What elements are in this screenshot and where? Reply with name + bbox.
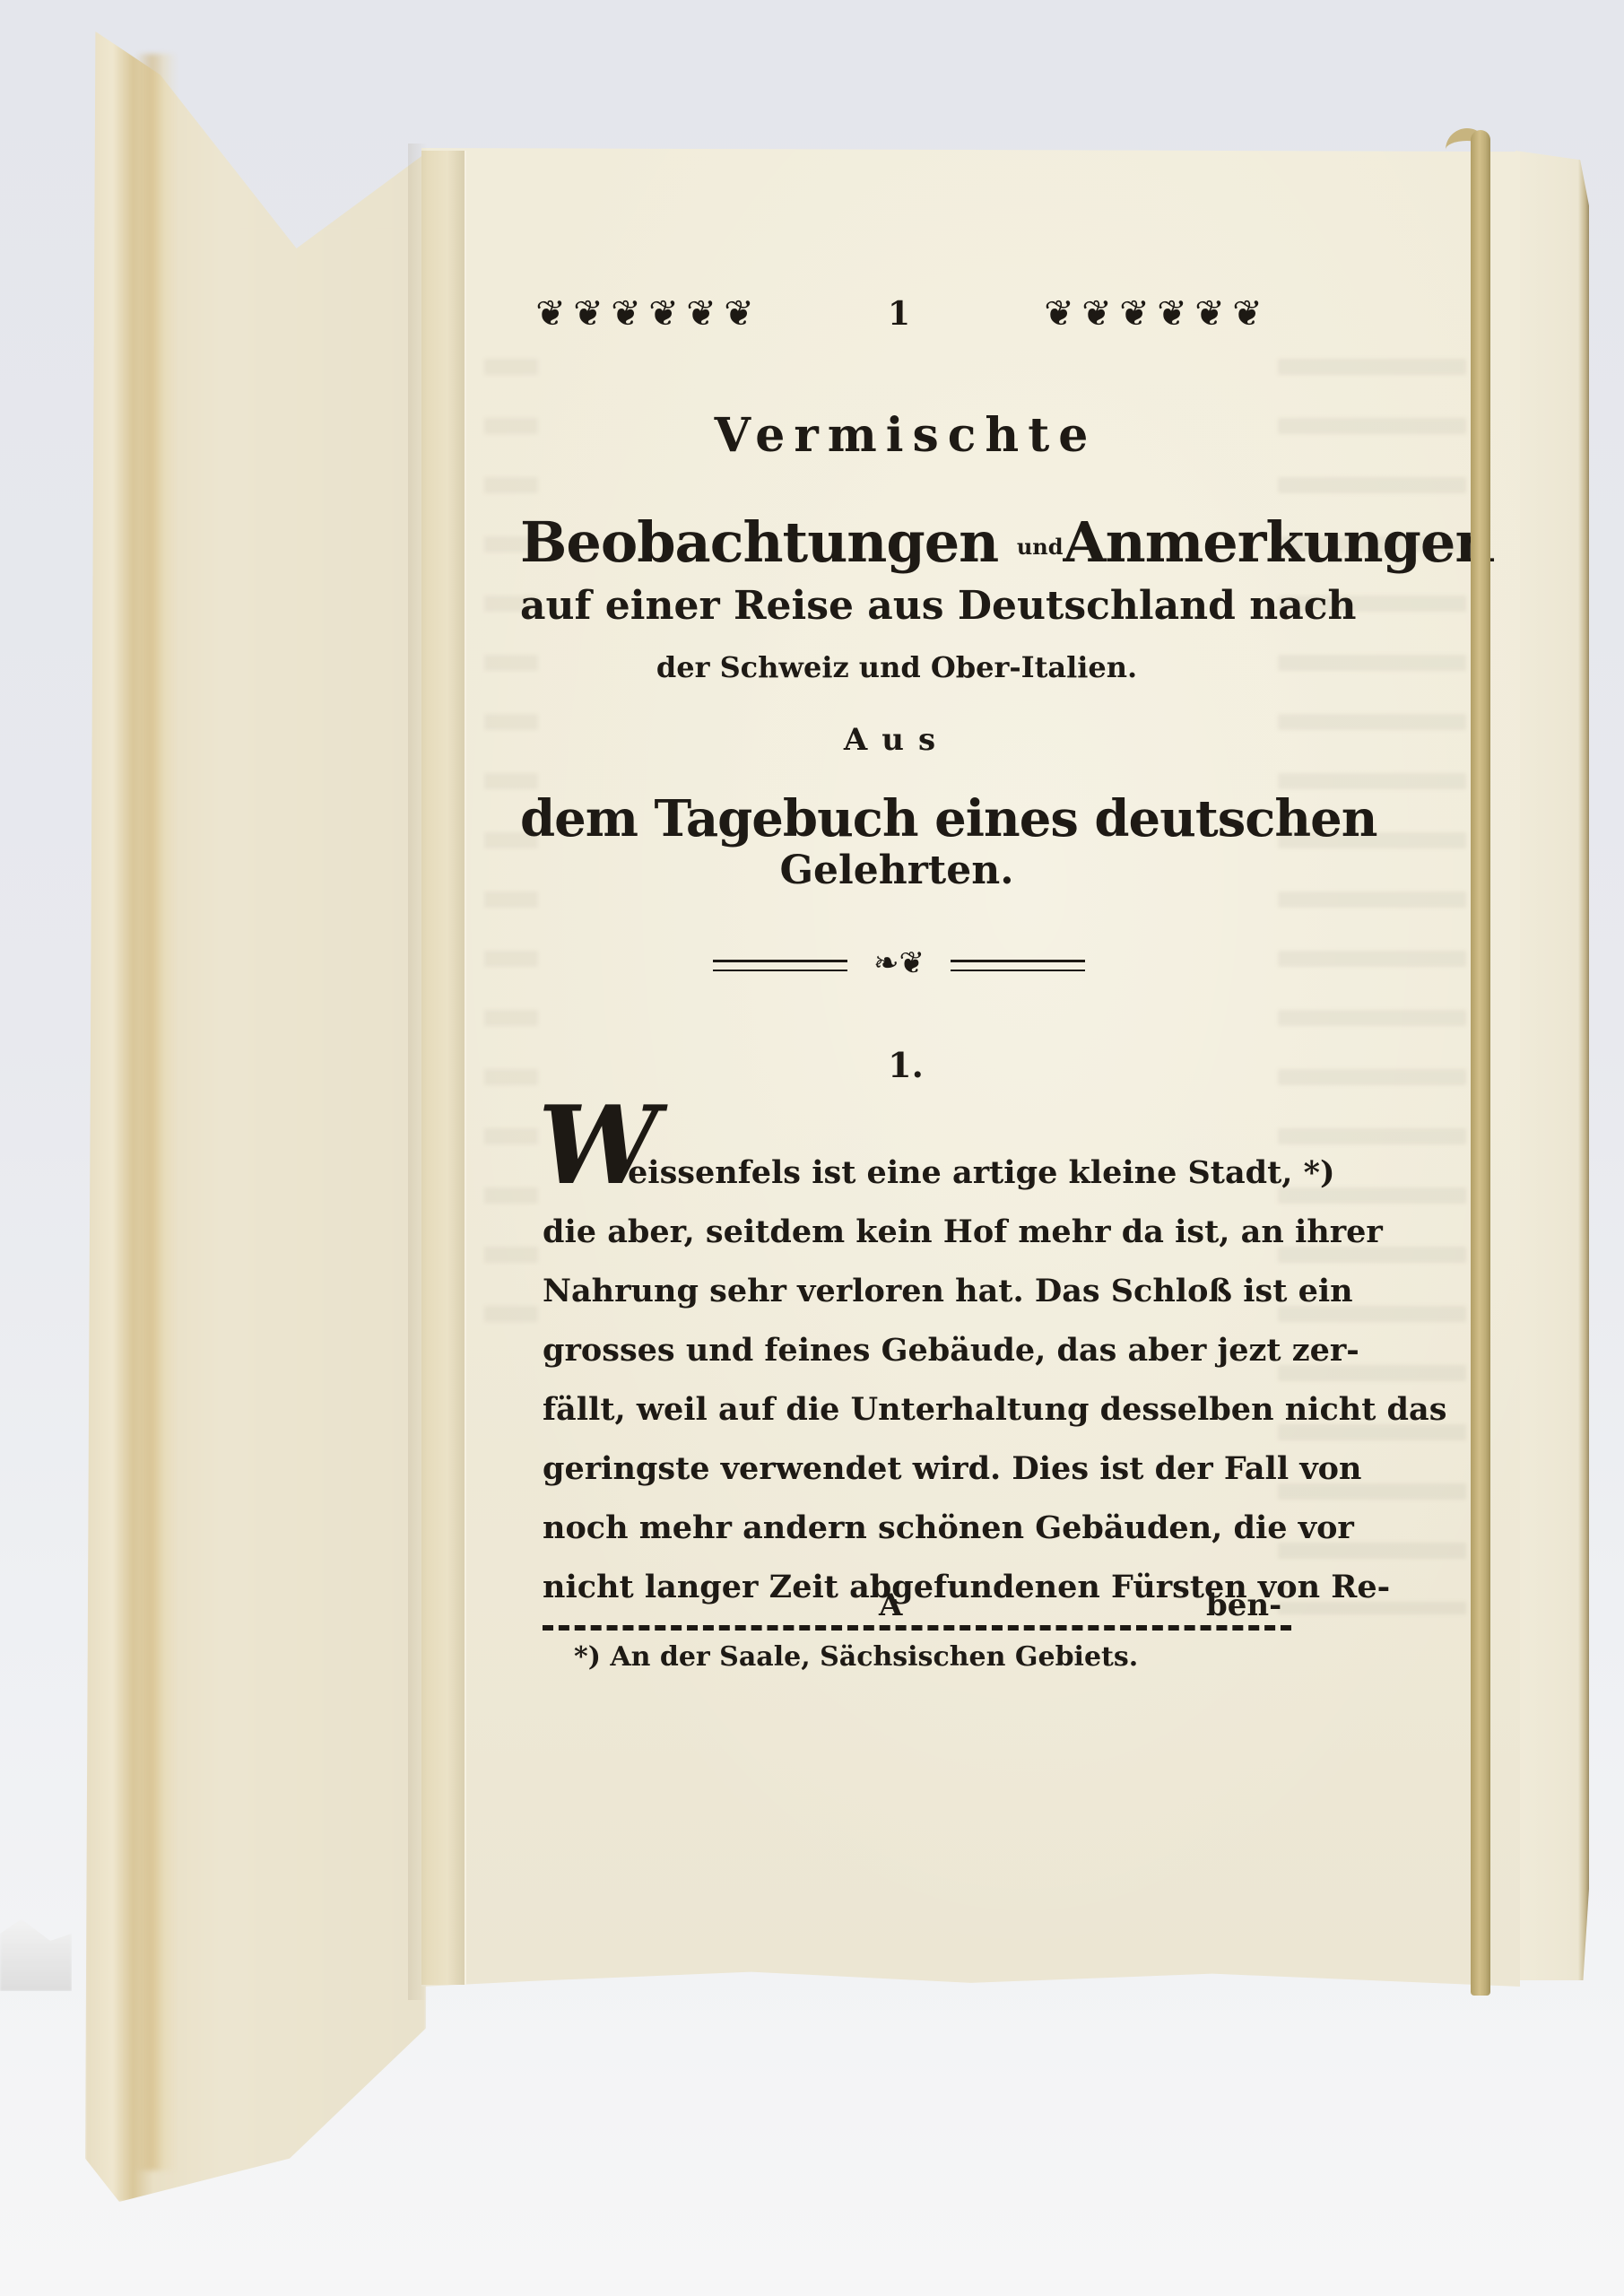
body-line-7: noch mehr andern schönen Gebäuden, die v… [543,1509,1273,1548]
fleuron-icon: ❦ [534,292,568,335]
elastic-band [1471,130,1490,1996]
section-number: 1. [538,1045,1273,1085]
fleuron-icon: ❦ [571,292,605,335]
title-line-gelehrten: Gelehrten. [520,848,1273,893]
page-header: ❦ ❦ ❦ ❦ ❦ ❦ 1 ❦ ❦ ❦ ❦ ❦ ❦ [534,287,1264,341]
fleuron-icon: ❦ [684,292,718,335]
body-line-2: die aber, seitdem kein Hof mehr da ist, … [543,1213,1273,1252]
footnote: *) An der Saale, Sächsischen Gebiets. [574,1641,1138,1673]
divider-rule-left [713,960,847,971]
page-number: 1 [888,295,910,333]
title-line-schweiz: der Schweiz und Ober-Italien. [520,650,1273,684]
body-line-8: nicht langer Zeit abgefundenen Fürsten v… [543,1568,1273,1607]
body-line-5: fällt, weil auf die Unterhaltung desselb… [543,1390,1273,1430]
ornament-left: ❦ ❦ ❦ ❦ ❦ ❦ [534,292,756,335]
title-line-aus: Aus [538,722,1255,758]
body-line-4: grosses und feines Gebäude, das aber jez… [543,1331,1273,1370]
title-word-und: und [1017,534,1064,560]
body-line-6: geringste verwendet wird. Dies ist der F… [543,1449,1273,1489]
fleuron-icon: ❦ [1080,292,1114,335]
background-object [0,1919,72,1991]
title-word-beobachtungen: Beobachtungen [520,509,998,575]
ornament-right: ❦ ❦ ❦ ❦ ❦ ❦ [1042,292,1264,335]
body-line-3: Nahrung sehr verloren hat. Das Schloß is… [543,1272,1273,1311]
body-line-1: eissenfels ist eine artige kleine Stadt,… [628,1153,1273,1193]
flourish-icon: ❧❦ [847,945,951,981]
title-line-vermischte: Vermischte [538,408,1273,463]
catchword: ben- [1206,1587,1281,1623]
fleuron-icon: ❦ [647,292,681,335]
fleuron-icon: ❦ [1155,292,1189,335]
ornamental-divider: ❧❦ [713,951,1085,983]
cover-shadow [408,143,428,2000]
signature-mark: A [879,1587,902,1623]
cover-elastic-band [135,54,178,2170]
divider-rule-right [951,960,1085,971]
fleuron-icon: ❦ [1042,292,1076,335]
fleuron-icon: ❦ [1230,292,1264,335]
title-line-main: Beobachtungen undAnmerkungen [520,509,1273,575]
footnote-rule [543,1625,1291,1631]
title-line-tagebuch: dem Tagebuch eines deutschen [520,789,1273,848]
page-gutter [421,151,466,1985]
title-word-anmerkungen: Anmerkungen [1064,509,1495,575]
fleuron-icon: ❦ [1193,292,1227,335]
fleuron-icon: ❦ [1117,292,1151,335]
page-block-edge [1515,151,1589,1980]
title-line-reise: auf einer Reise aus Deutschland nach [520,583,1273,629]
fleuron-icon: ❦ [722,292,756,335]
fleuron-icon: ❦ [609,292,643,335]
